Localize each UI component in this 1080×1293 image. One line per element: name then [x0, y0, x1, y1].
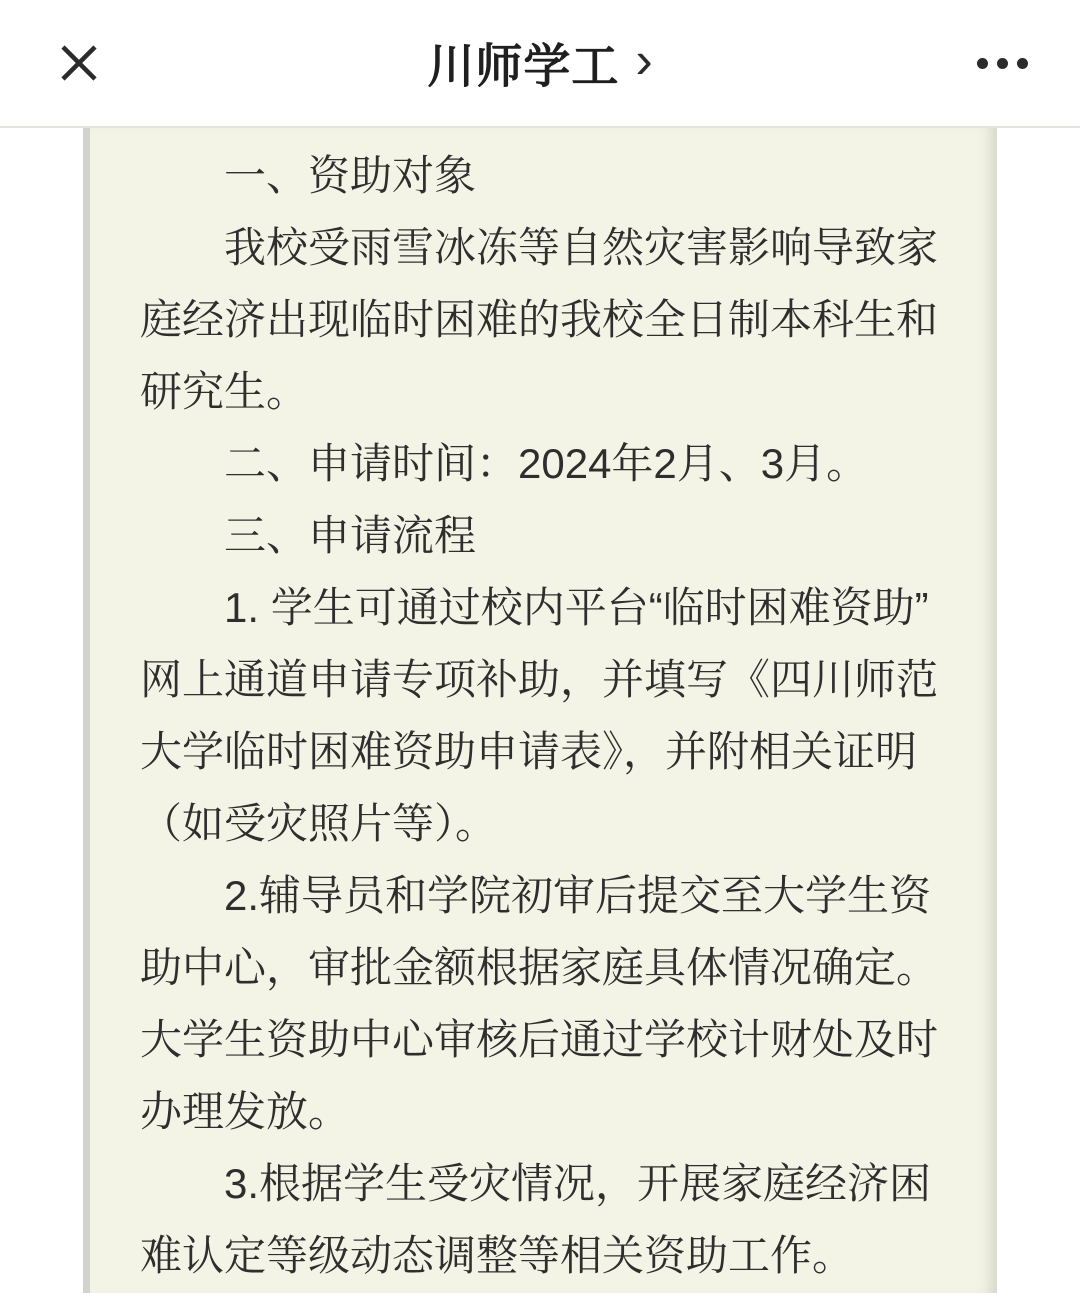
article-line: （如受灾照片等）。 [140, 788, 947, 860]
article-card: 一、资助对象我校受雨雪冰冻等自然灾害影响导致家庭经济出现临时困难的我校全日制本科… [83, 128, 997, 1293]
article-line: 三、申请流程 [140, 500, 947, 572]
more-options-button[interactable] [977, 48, 1028, 79]
article-line: 网上通道申请专项补助，并填写《四川师范 [140, 644, 947, 716]
close-icon [58, 42, 100, 84]
ellipsis-icon [977, 58, 1028, 69]
article-line: 一、资助对象 [140, 140, 947, 212]
close-button[interactable] [55, 39, 103, 87]
page-title: 川师学工 [427, 30, 619, 97]
article-line: 办理发放。 [140, 1076, 947, 1148]
article-line: 大学临时困难资助申请表》，并附相关证明 [140, 716, 947, 788]
article-line: 2.辅导员和学院初审后提交至大学生资 [140, 860, 947, 932]
article-line: 大学生资助中心审核后通过学校计财处及时 [140, 1004, 947, 1076]
article-line: 助中心，审批金额根据家庭具体情况确定。 [140, 932, 947, 1004]
article-line: 庭经济出现临时困难的我校全日制本科生和 [140, 284, 947, 356]
article-line: 二、申请时间：2024年2月、3月。 [140, 428, 947, 500]
official-account-title[interactable]: 川师学工 › [427, 30, 652, 97]
article-line: 我校受雨雪冰冻等自然灾害影响导致家 [140, 212, 947, 284]
chevron-right-icon: › [635, 34, 652, 92]
article-line: 1. 学生可通过校内平台“临时困难资助” [140, 572, 947, 644]
article-line: 难认定等级动态调整等相关资助工作。 [140, 1220, 947, 1292]
article-line: 研究生。 [140, 356, 947, 428]
navbar: 川师学工 › [0, 0, 1080, 128]
article-line: 3.根据学生受灾情况，开展家庭经济困 [140, 1148, 947, 1220]
article-body: 一、资助对象我校受雨雪冰冻等自然灾害影响导致家庭经济出现临时困难的我校全日制本科… [140, 140, 947, 1292]
